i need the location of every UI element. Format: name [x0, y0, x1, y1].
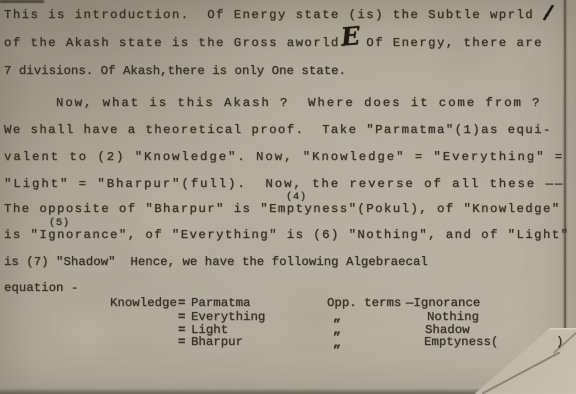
ditto-mark-3: „: [333, 336, 341, 350]
equals-sign-1: =: [178, 296, 185, 310]
equals-sign-4: =: [178, 335, 185, 349]
typewritten-line-6: valent to (2) "Knowledge". Now, "Knowled…: [4, 150, 564, 164]
equation-lhs: Knowledge: [110, 296, 177, 310]
typewritten-line-1: This is introduction. Of Energy state (i…: [4, 8, 552, 22]
typewritten-line-2: of the Akash state is the Gross aworld. …: [4, 36, 543, 50]
typewritten-line-5: We shall have a theoretical proof. Take …: [4, 123, 552, 137]
opp-term-emptyness: Emptyness(: [424, 335, 498, 349]
typewritten-line-11: equation -: [4, 281, 78, 295]
cut-off-line-fragment: '' '': [27, 0, 93, 8]
scanned-typewritten-page: '' '' This is introduction. Of Energy st…: [0, 0, 576, 394]
opp-term-nothing: Nothing: [427, 310, 479, 324]
typewritten-line-7: "Light" = "Bharpur"(full). Now, the reve…: [4, 177, 564, 191]
typewritten-line-3: 7 divisions. Of Akash,there is only One …: [4, 64, 346, 78]
overstrike-slash-mark: /: [542, 0, 555, 25]
closing-paren: ): [556, 335, 563, 349]
typewritten-line-9: is "Ignorance", of "Everything" is (6) "…: [4, 228, 569, 242]
handwritten-e-correction: E: [340, 21, 362, 52]
typewritten-line-8: The opposite of "Bharpur" is "Emptyness"…: [4, 202, 561, 216]
equals-sign-2: =: [178, 310, 185, 324]
equation-term-parmatma: Parmatma: [191, 296, 251, 310]
scan-edge-right: [564, 0, 566, 342]
typewritten-line-4: Now, what is this Akash ? Where does it …: [56, 96, 541, 110]
equation-term-bharpur: Bharpur: [191, 335, 243, 349]
equation-term-everything: Everything: [191, 310, 265, 324]
opp-term-ignorance: —Ignorance: [406, 296, 480, 310]
opp-terms-header: Opp. terms: [327, 296, 401, 310]
typewritten-line-10: is (7) "Shadow" Hence, we have the follo…: [4, 255, 428, 269]
